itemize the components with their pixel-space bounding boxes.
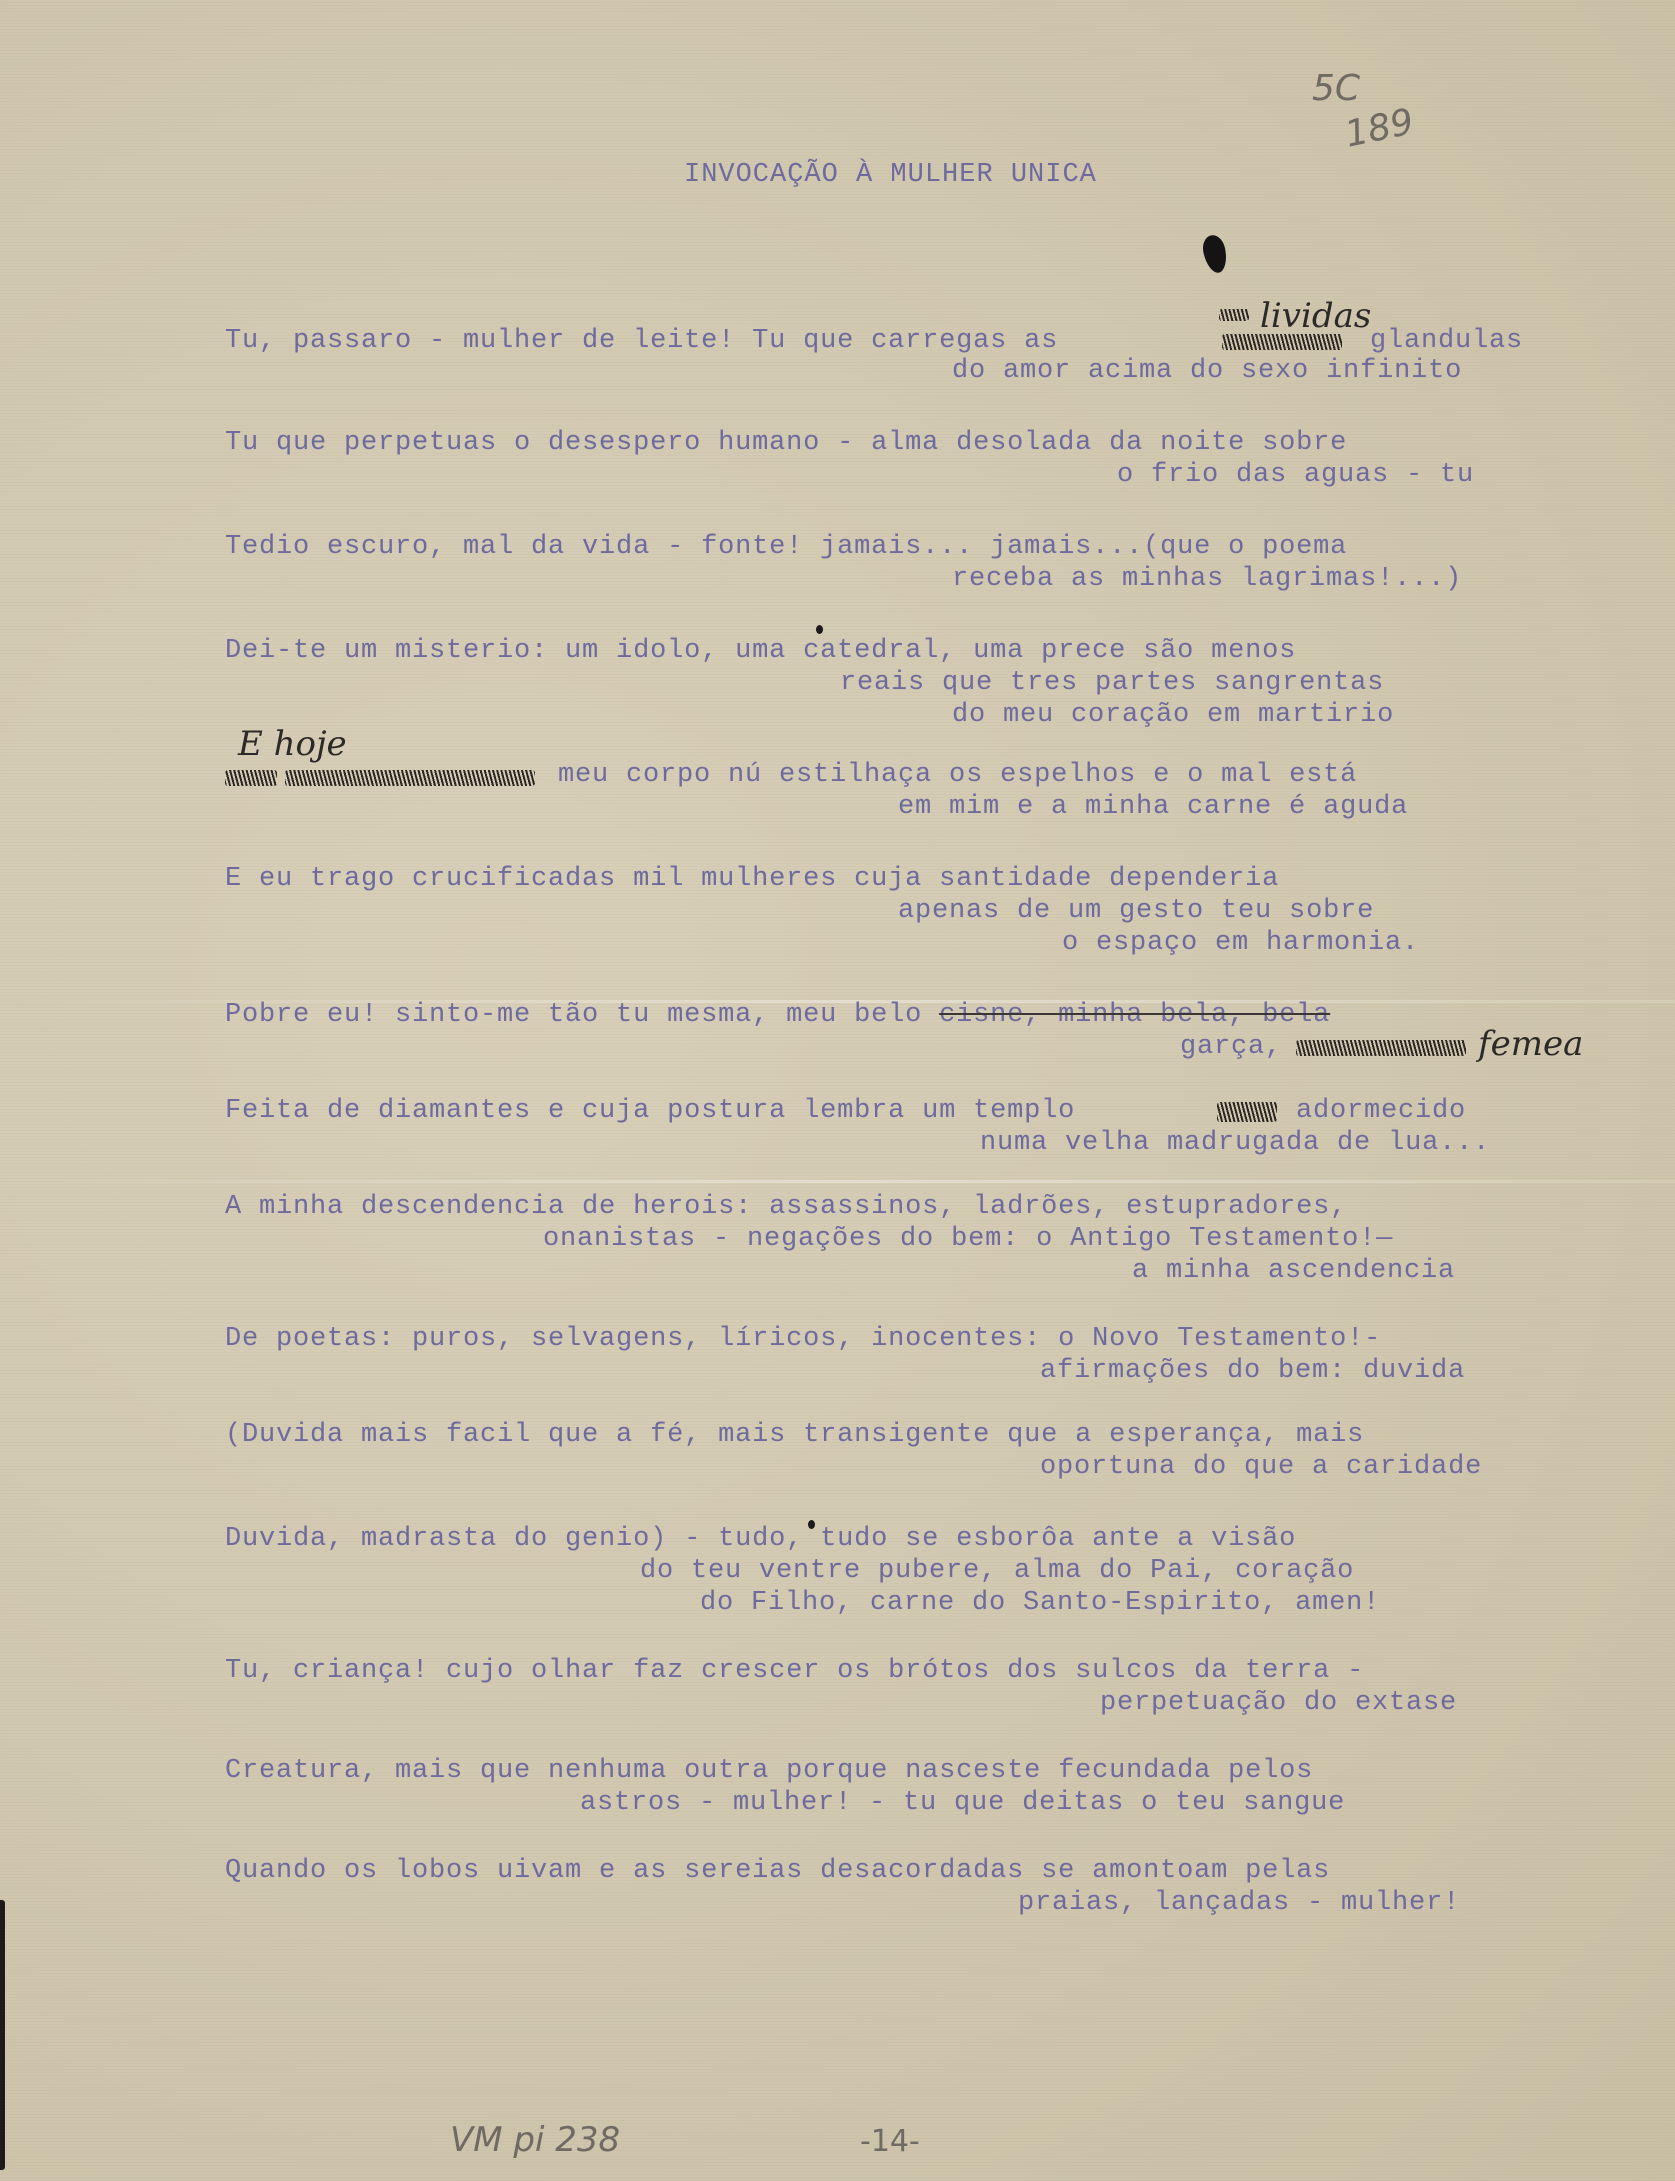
line-s3b: receba as minhas lagrimas!...) <box>952 564 1462 594</box>
line-s11b: oportuna do que a caridade <box>1040 1452 1482 1482</box>
line-s12a: Duvida, madrasta do genio) - tudo, tudo … <box>225 1524 1296 1554</box>
line-s9b: onanistas - negações do bem: o Antigo Te… <box>543 1224 1393 1254</box>
line-s7a-text: Pobre eu! sinto-me tão tu mesma, meu bel… <box>225 1000 939 1030</box>
line-s7a: Pobre eu! sinto-me tão tu mesma, meu bel… <box>225 1000 1330 1030</box>
handwritten-lividas: lividas <box>1260 296 1371 336</box>
struck-text: cisne, minha bela, bela <box>939 1000 1330 1030</box>
archive-mark: VM pi 238 <box>450 2120 620 2160</box>
line-s8a-end: adormecido <box>1296 1096 1466 1126</box>
poem-title: INVOCAÇÃO À MULHER UNICA <box>684 160 1097 190</box>
handwritten-e-hoje: E hoje <box>238 724 347 764</box>
page-number: -14- <box>860 2124 920 2159</box>
scribble-deletion <box>1296 1040 1466 1056</box>
line-s9a: A minha descendencia de herois: assassin… <box>225 1192 1347 1222</box>
line-s6b: apenas de um gesto teu sobre <box>898 896 1374 926</box>
scribble-deletion <box>1219 309 1249 321</box>
line-s7b: garça, <box>1180 1032 1282 1062</box>
line-s6c: o espaço em harmonia. <box>1062 928 1419 958</box>
handwritten-femea: femea <box>1478 1024 1583 1064</box>
line-s4b: reais que tres partes sangrentas <box>840 668 1384 698</box>
line-s5b: em mim e a minha carne é aguda <box>898 792 1408 822</box>
ink-blot <box>1200 233 1229 275</box>
line-s9c: a minha ascendencia <box>1132 1256 1455 1286</box>
typescript-page: 5C 189 INVOCAÇÃO À MULHER UNICA lividas … <box>0 0 1675 2181</box>
line-s15b: praias, lançadas - mulher! <box>1018 1888 1460 1918</box>
line-s14a: Creatura, mais que nenhuma outra porque … <box>225 1756 1313 1786</box>
line-s8b: numa velha madrugada de lua... <box>980 1128 1490 1158</box>
line-s10b: afirmações do bem: duvida <box>1040 1356 1465 1386</box>
line-s4c: do meu coração em martirio <box>952 700 1394 730</box>
line-s1a-end: glandulas <box>1370 326 1523 356</box>
line-s14b: astros - mulher! - tu que deitas o teu s… <box>580 1788 1345 1818</box>
line-s3a: Tedio escuro, mal da vida - fonte! jamai… <box>225 532 1347 562</box>
page-edge-shadow <box>0 1900 5 2170</box>
catalog-mark-bottom: 189 <box>1341 101 1417 155</box>
ink-dot <box>816 625 823 634</box>
line-s1a: Tu, passaro - mulher de leite! Tu que ca… <box>225 326 1058 356</box>
line-s12b: do teu ventre pubere, alma do Pai, coraç… <box>640 1556 1354 1586</box>
scribble-deletion <box>285 770 535 786</box>
line-s2b: o frio das aguas - tu <box>1117 460 1474 490</box>
line-s13a: Tu, criança! cujo olhar faz crescer os b… <box>225 1656 1364 1686</box>
line-s12c: do Filho, carne do Santo-Espirito, amen! <box>700 1588 1380 1618</box>
scribble-deletion <box>1222 334 1342 350</box>
scribble-deletion <box>1217 1102 1277 1122</box>
paper-fold <box>0 1180 1675 1183</box>
scribble-deletion <box>225 770 277 786</box>
catalog-mark-top: 5C <box>1312 68 1360 109</box>
line-s15a: Quando os lobos uivam e as sereias desac… <box>225 1856 1330 1886</box>
line-s4a: Dei-te um misterio: um idolo, uma catedr… <box>225 636 1296 666</box>
line-s1b: do amor acima do sexo infinito <box>952 356 1462 386</box>
line-s11a: (Duvida mais facil que a fé, mais transi… <box>225 1420 1364 1450</box>
line-s6a: E eu trago crucificadas mil mulheres cuj… <box>225 864 1279 894</box>
line-s2a: Tu que perpetuas o desespero humano - al… <box>225 428 1347 458</box>
line-s10a: De poetas: puros, selvagens, líricos, in… <box>225 1324 1381 1354</box>
line-s8a-start: Feita de diamantes e cuja postura lembra… <box>225 1096 1075 1126</box>
line-s13b: perpetuação do extase <box>1100 1688 1457 1718</box>
line-s5a: meu corpo nú estilhaça os espelhos e o m… <box>558 760 1357 790</box>
